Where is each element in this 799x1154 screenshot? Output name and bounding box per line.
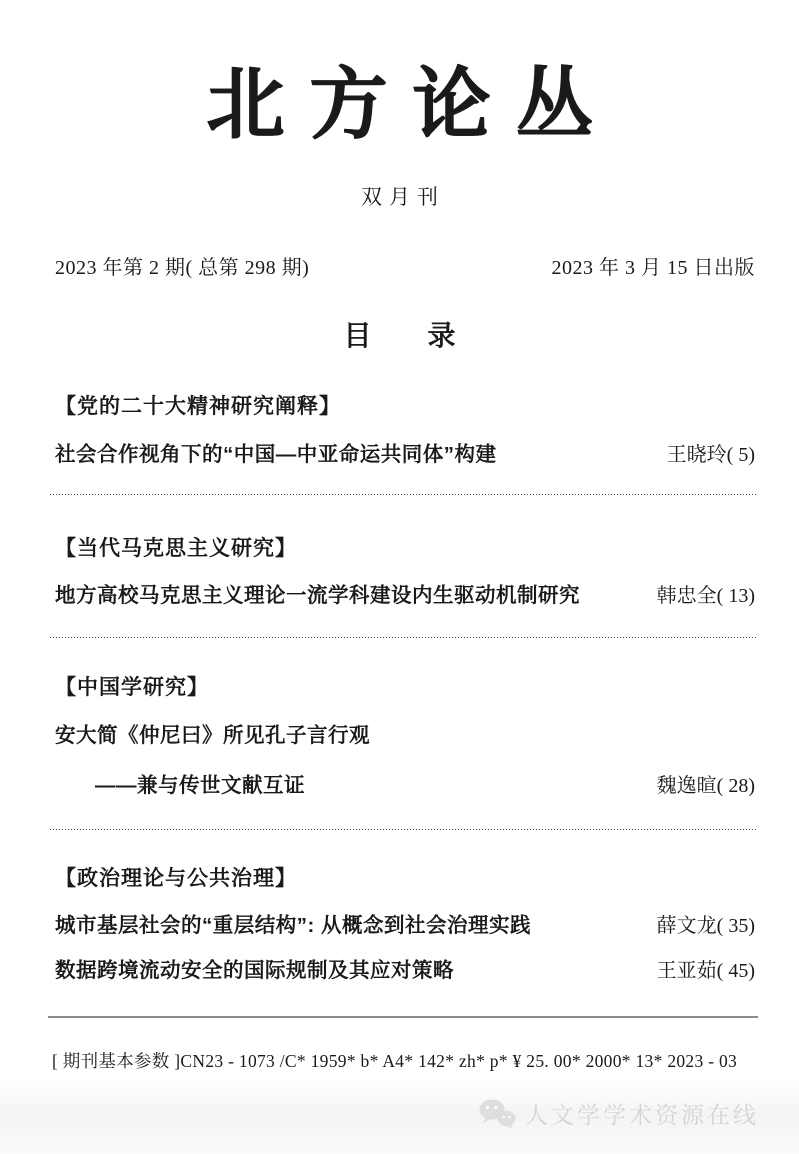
article-title: 地方高校马克思主义理论一流学科建设内生驱动机制研究: [55, 578, 580, 608]
toc-heading: 目 录: [0, 314, 799, 354]
toc-entry: 地方高校马克思主义理论一流学科建设内生驱动机制研究 韩忠全( 13): [55, 578, 755, 608]
article-title: 城市基层社会的“重层结构”: 从概念到社会治理实践: [55, 908, 531, 938]
toc-entry: 数据跨境流动安全的国际规制及其应对策略 王亚茹( 45): [55, 953, 755, 983]
article-author-page: 韩忠全( 13): [637, 579, 755, 608]
article-title: 数据跨境流动安全的国际规制及其应对策略: [55, 953, 454, 983]
article-title: 社会合作视角下的“中国—中亚命运共同体”构建: [55, 437, 497, 467]
section-divider-dotted: [50, 637, 758, 639]
toc-entry-subtitle: ——兼与传世文献互证 魏逸暄( 28): [55, 768, 755, 798]
article-author-page: 魏逸暄( 28): [637, 769, 755, 798]
journal-basic-parameters: [ 期刊基本参数 ]CN23 - 1073 /C* 1959* b* A4* 1…: [52, 1048, 759, 1073]
watermark: 人文学学术资源在线: [478, 1097, 759, 1130]
watermark-text: 人文学学术资源在线: [525, 1097, 759, 1130]
issue-info-row: 2023 年第 2 期( 总第 298 期) 2023 年 3 月 15 日出版: [55, 251, 755, 280]
toc-entry: 社会合作视角下的“中国—中亚命运共同体”构建 王晓玲( 5): [55, 437, 755, 467]
section-heading-political-theory: 【政治理论与公共治理】: [55, 862, 755, 892]
section-divider-dotted: [50, 829, 758, 831]
article-author-page: 薛文龙( 35): [637, 909, 755, 938]
publish-date: 2023 年 3 月 15 日出版: [552, 251, 756, 280]
section-divider-dotted: [50, 494, 758, 496]
wechat-chat-bubbles-icon: [478, 1098, 516, 1129]
journal-frequency-label: 双月刊: [0, 181, 799, 211]
toc-entry: 安大简《仲尼曰》所见孔子言行观: [55, 718, 755, 748]
article-author-page: 王晓玲( 5): [647, 438, 755, 467]
article-title: 安大简《仲尼曰》所见孔子言行观: [55, 718, 370, 748]
article-author-page: 王亚茹( 45): [637, 954, 755, 983]
section-heading-china-studies: 【中国学研究】: [55, 671, 755, 701]
toc-entry: 城市基层社会的“重层结构”: 从概念到社会治理实践 薛文龙( 35): [55, 908, 755, 938]
journal-cover-page: 北方论丛 双月刊 2023 年第 2 期( 总第 298 期) 2023 年 3…: [0, 0, 799, 1154]
section-heading-party-congress: 【党的二十大精神研究阐释】: [55, 390, 755, 420]
section-heading-marxism: 【当代马克思主义研究】: [55, 532, 755, 562]
journal-title: 北方论丛: [0, 62, 799, 148]
article-subtitle: ——兼与传世文献互证: [55, 768, 305, 798]
footer-rule: [48, 1016, 758, 1018]
issue-number: 2023 年第 2 期( 总第 298 期): [55, 251, 309, 280]
